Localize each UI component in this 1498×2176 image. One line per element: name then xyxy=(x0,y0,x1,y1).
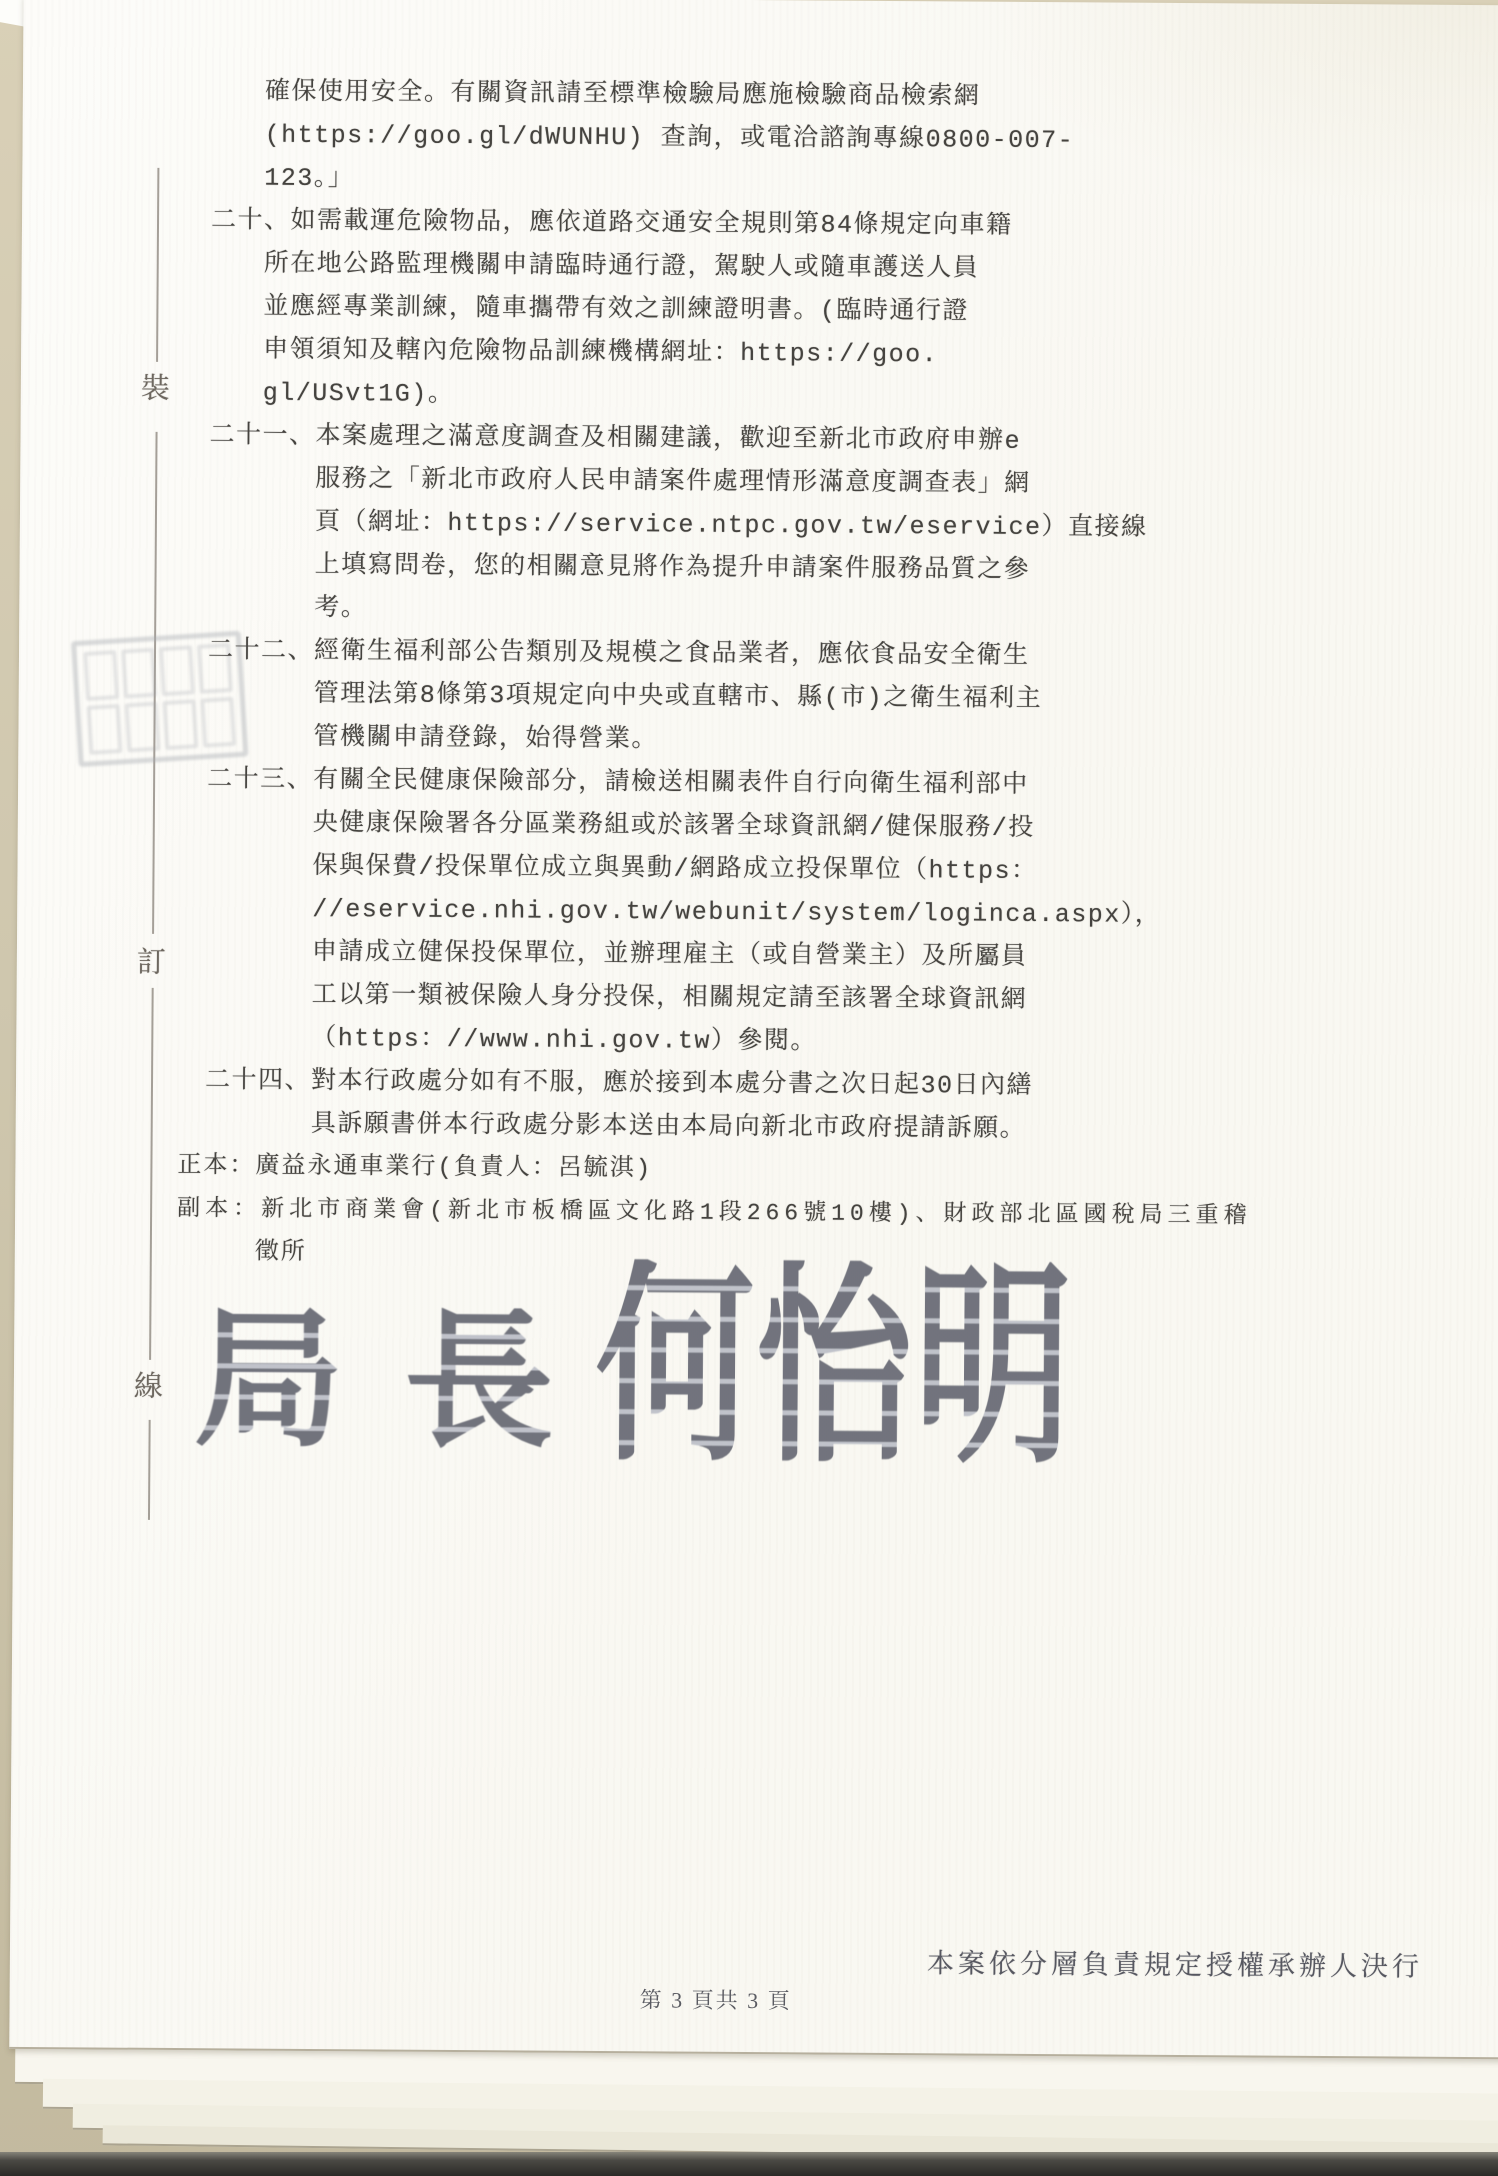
scanner-edge-strip xyxy=(0,2152,1498,2176)
director-title-stamp: 局長 xyxy=(193,1306,614,1459)
scanned-document-canvas: 裝 訂 線 確保使用安全。有關資訊請至標準檢驗局應施檢驗商品檢索網(https:… xyxy=(0,0,1498,2176)
original-recipient-line: 正本：廣益永通車業行(負責人：呂毓淇) xyxy=(177,1145,1252,1195)
copy-recipient-line: 副本：新北市商業會(新北市板橋區文化路1段266號10樓)、財政部北區國稅局三重… xyxy=(177,1188,1252,1238)
authorization-note: 本案依分層負責規定授權承辦人決行 xyxy=(927,1941,1423,1983)
director-name-stamp: 何怡明 xyxy=(595,1259,1074,1478)
page-number: 第 3 頁共 3 頁 xyxy=(640,1983,792,2015)
body-line: 上填寫問卷，您的相關意見將作為提升申請案件服務品質之參 xyxy=(208,543,1448,595)
binding-mark-xian: 線 xyxy=(134,1364,166,1405)
binding-mark-zhuang: 裝 xyxy=(141,366,173,407)
binding-mark-ding: 訂 xyxy=(137,940,169,981)
scan-scene: 裝 訂 線 確保使用安全。有關資訊請至標準檢驗局應施檢驗商品檢索網(https:… xyxy=(0,0,1498,2176)
body-line: (https://goo.gl/dWUNHU) 查詢，或電洽諮詢專線0800-0… xyxy=(211,113,1451,165)
body-text: 確保使用安全。有關資訊請至標準檢驗局應施檢驗商品檢索網(https://goo.… xyxy=(205,70,1452,1154)
